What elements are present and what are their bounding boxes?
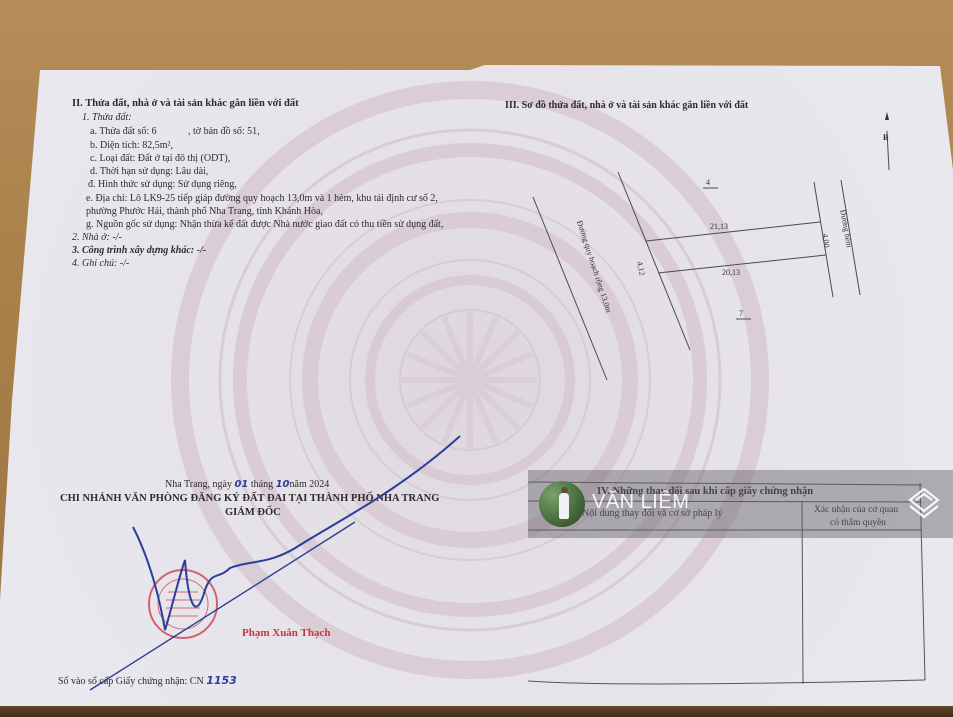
- land-certificate-page: II. Thửa đất, nhà ở và tài sản khác gắn …: [0, 0, 953, 717]
- profile-avatar: [539, 481, 585, 527]
- brand-name: VĂN LIÊM: [592, 491, 689, 514]
- stacked-chevron-logo-icon: [907, 485, 941, 519]
- changes-table: [0, 0, 953, 717]
- desk-surface: [0, 705, 953, 717]
